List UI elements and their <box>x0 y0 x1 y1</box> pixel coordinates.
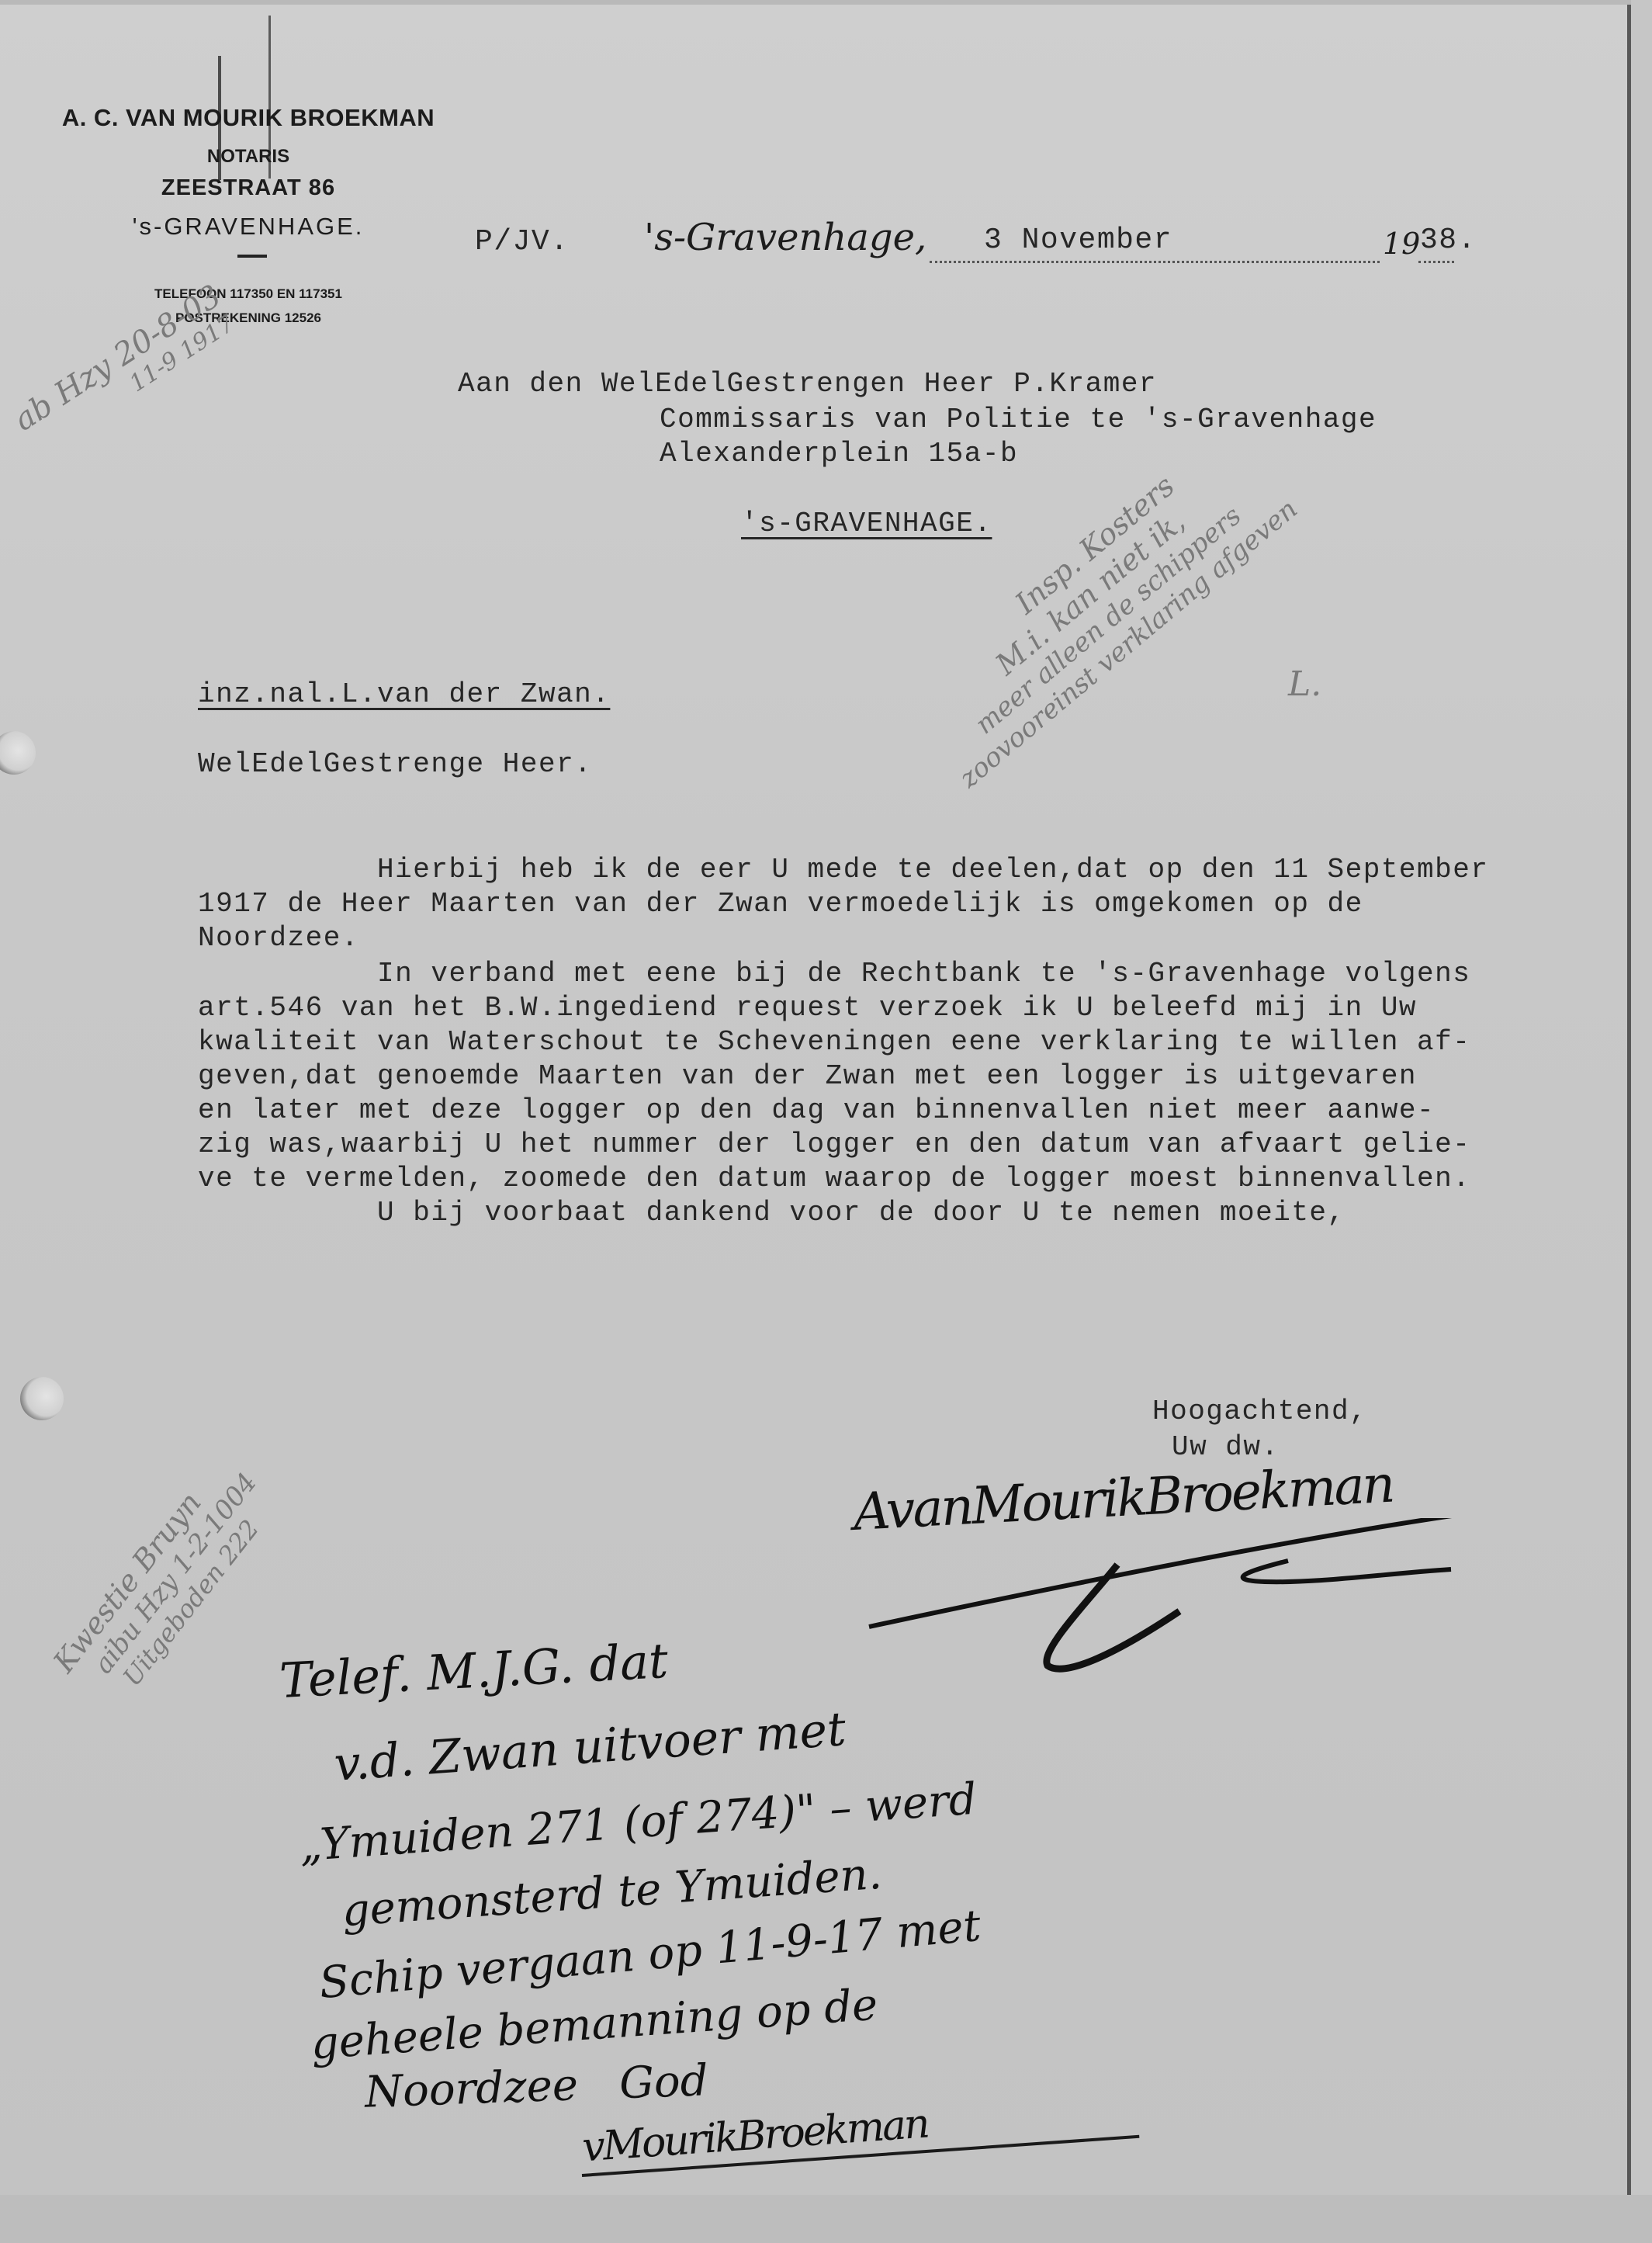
annotation-top-right: Insp. Kosters M.i. kan niet ik, meer all… <box>1009 418 1304 695</box>
signature-flourish-icon <box>854 1518 1552 1689</box>
body-line: Hierbij heb ik de eer U mede te deelen,d… <box>198 854 1488 886</box>
scan-edge <box>1631 0 1652 2243</box>
annotation-initial: L. <box>1288 664 1321 704</box>
closing-line-1: Hoogachtend, <box>1152 1395 1367 1427</box>
body-line: ve te vermelden, zoomede den datum waaro… <box>198 1163 1470 1194</box>
body-line: kwaliteit van Waterschout te Scheveninge… <box>198 1026 1470 1058</box>
letter-page: A. C. VAN MOURIK BROEKMAN NOTARIS ZEESTR… <box>0 5 1629 2195</box>
letterhead-name: A. C. VAN MOURIK BROEKMAN <box>31 104 466 132</box>
letterhead-street: ZEESTRAAT 86 <box>31 175 466 201</box>
subject-line: inz.nal.L.van der Zwan. <box>198 678 610 710</box>
annotation-top-left: ab Hzy 20-8-03 11-9 1917 <box>8 278 242 461</box>
punch-hole-bottom <box>20 1377 64 1420</box>
body-line: geven,dat genoemde Maarten van der Zwan … <box>198 1060 1417 1092</box>
body-line: art.546 van het B.W.ingediend request ve… <box>198 992 1417 1024</box>
body-line: In verband met eene bij de Rechtbank te … <box>198 958 1470 990</box>
note-line: v.d. Zwan uitvoer met <box>332 1702 847 1792</box>
closing-line-2: Uw dw. <box>1172 1431 1280 1463</box>
date-dotted-line <box>930 261 1380 263</box>
letterhead-title: NOTARIS <box>31 146 466 168</box>
letterhead-phone: TELEFOON 117350 EN 117351 <box>31 286 466 302</box>
punch-hole-top <box>0 731 36 775</box>
recipient-line-2: Commissaris van Politie te 's-Gravenhage <box>660 404 1377 435</box>
reference-code: P/JV. <box>475 225 570 258</box>
recipient-line-1: Aan den WelEdelGestrengen Heer P.Kramer <box>458 368 1157 400</box>
letterhead-separator <box>237 255 267 258</box>
body-line: zig was,waarbij U het nummer der logger … <box>198 1128 1470 1160</box>
body-line: Noordzee. <box>198 922 359 954</box>
recipient-city: 's-GRAVENHAGE. <box>741 508 992 539</box>
year-suffix: 38. <box>1420 224 1477 257</box>
note-line: Telef. M.J.G. dat <box>278 1632 669 1709</box>
body-line: 1917 de Heer Maarten van der Zwan vermoe… <box>198 888 1363 920</box>
annotation-bottom-left: Kwestie Bruyn aibu Hzy 1-2-1004 Uitgebod… <box>47 1446 286 1716</box>
salutation: WelEdelGestrenge Heer. <box>198 748 592 780</box>
date-day-month: 3 November <box>984 224 1172 257</box>
place-printed: 's-Gravenhage, <box>644 216 926 259</box>
signature-text: vMourikBroekman <box>580 2101 929 2172</box>
note-line: Noordzee God <box>364 2055 709 2117</box>
year-dotted-line <box>1418 261 1454 263</box>
letterhead-giro: POSTREKENING 12526 <box>31 310 466 326</box>
recipient-line-3: Alexanderplein 15a-b <box>660 438 1018 470</box>
body-line: U bij voorbaat dankend voor de door U te… <box>198 1197 1345 1229</box>
body-line: en later met deze logger op den dag van … <box>198 1094 1435 1126</box>
scan-bottom <box>0 2195 1652 2243</box>
year-prefix: 19 <box>1383 227 1420 261</box>
letterhead-city: 's-GRAVENHAGE. <box>31 213 466 241</box>
